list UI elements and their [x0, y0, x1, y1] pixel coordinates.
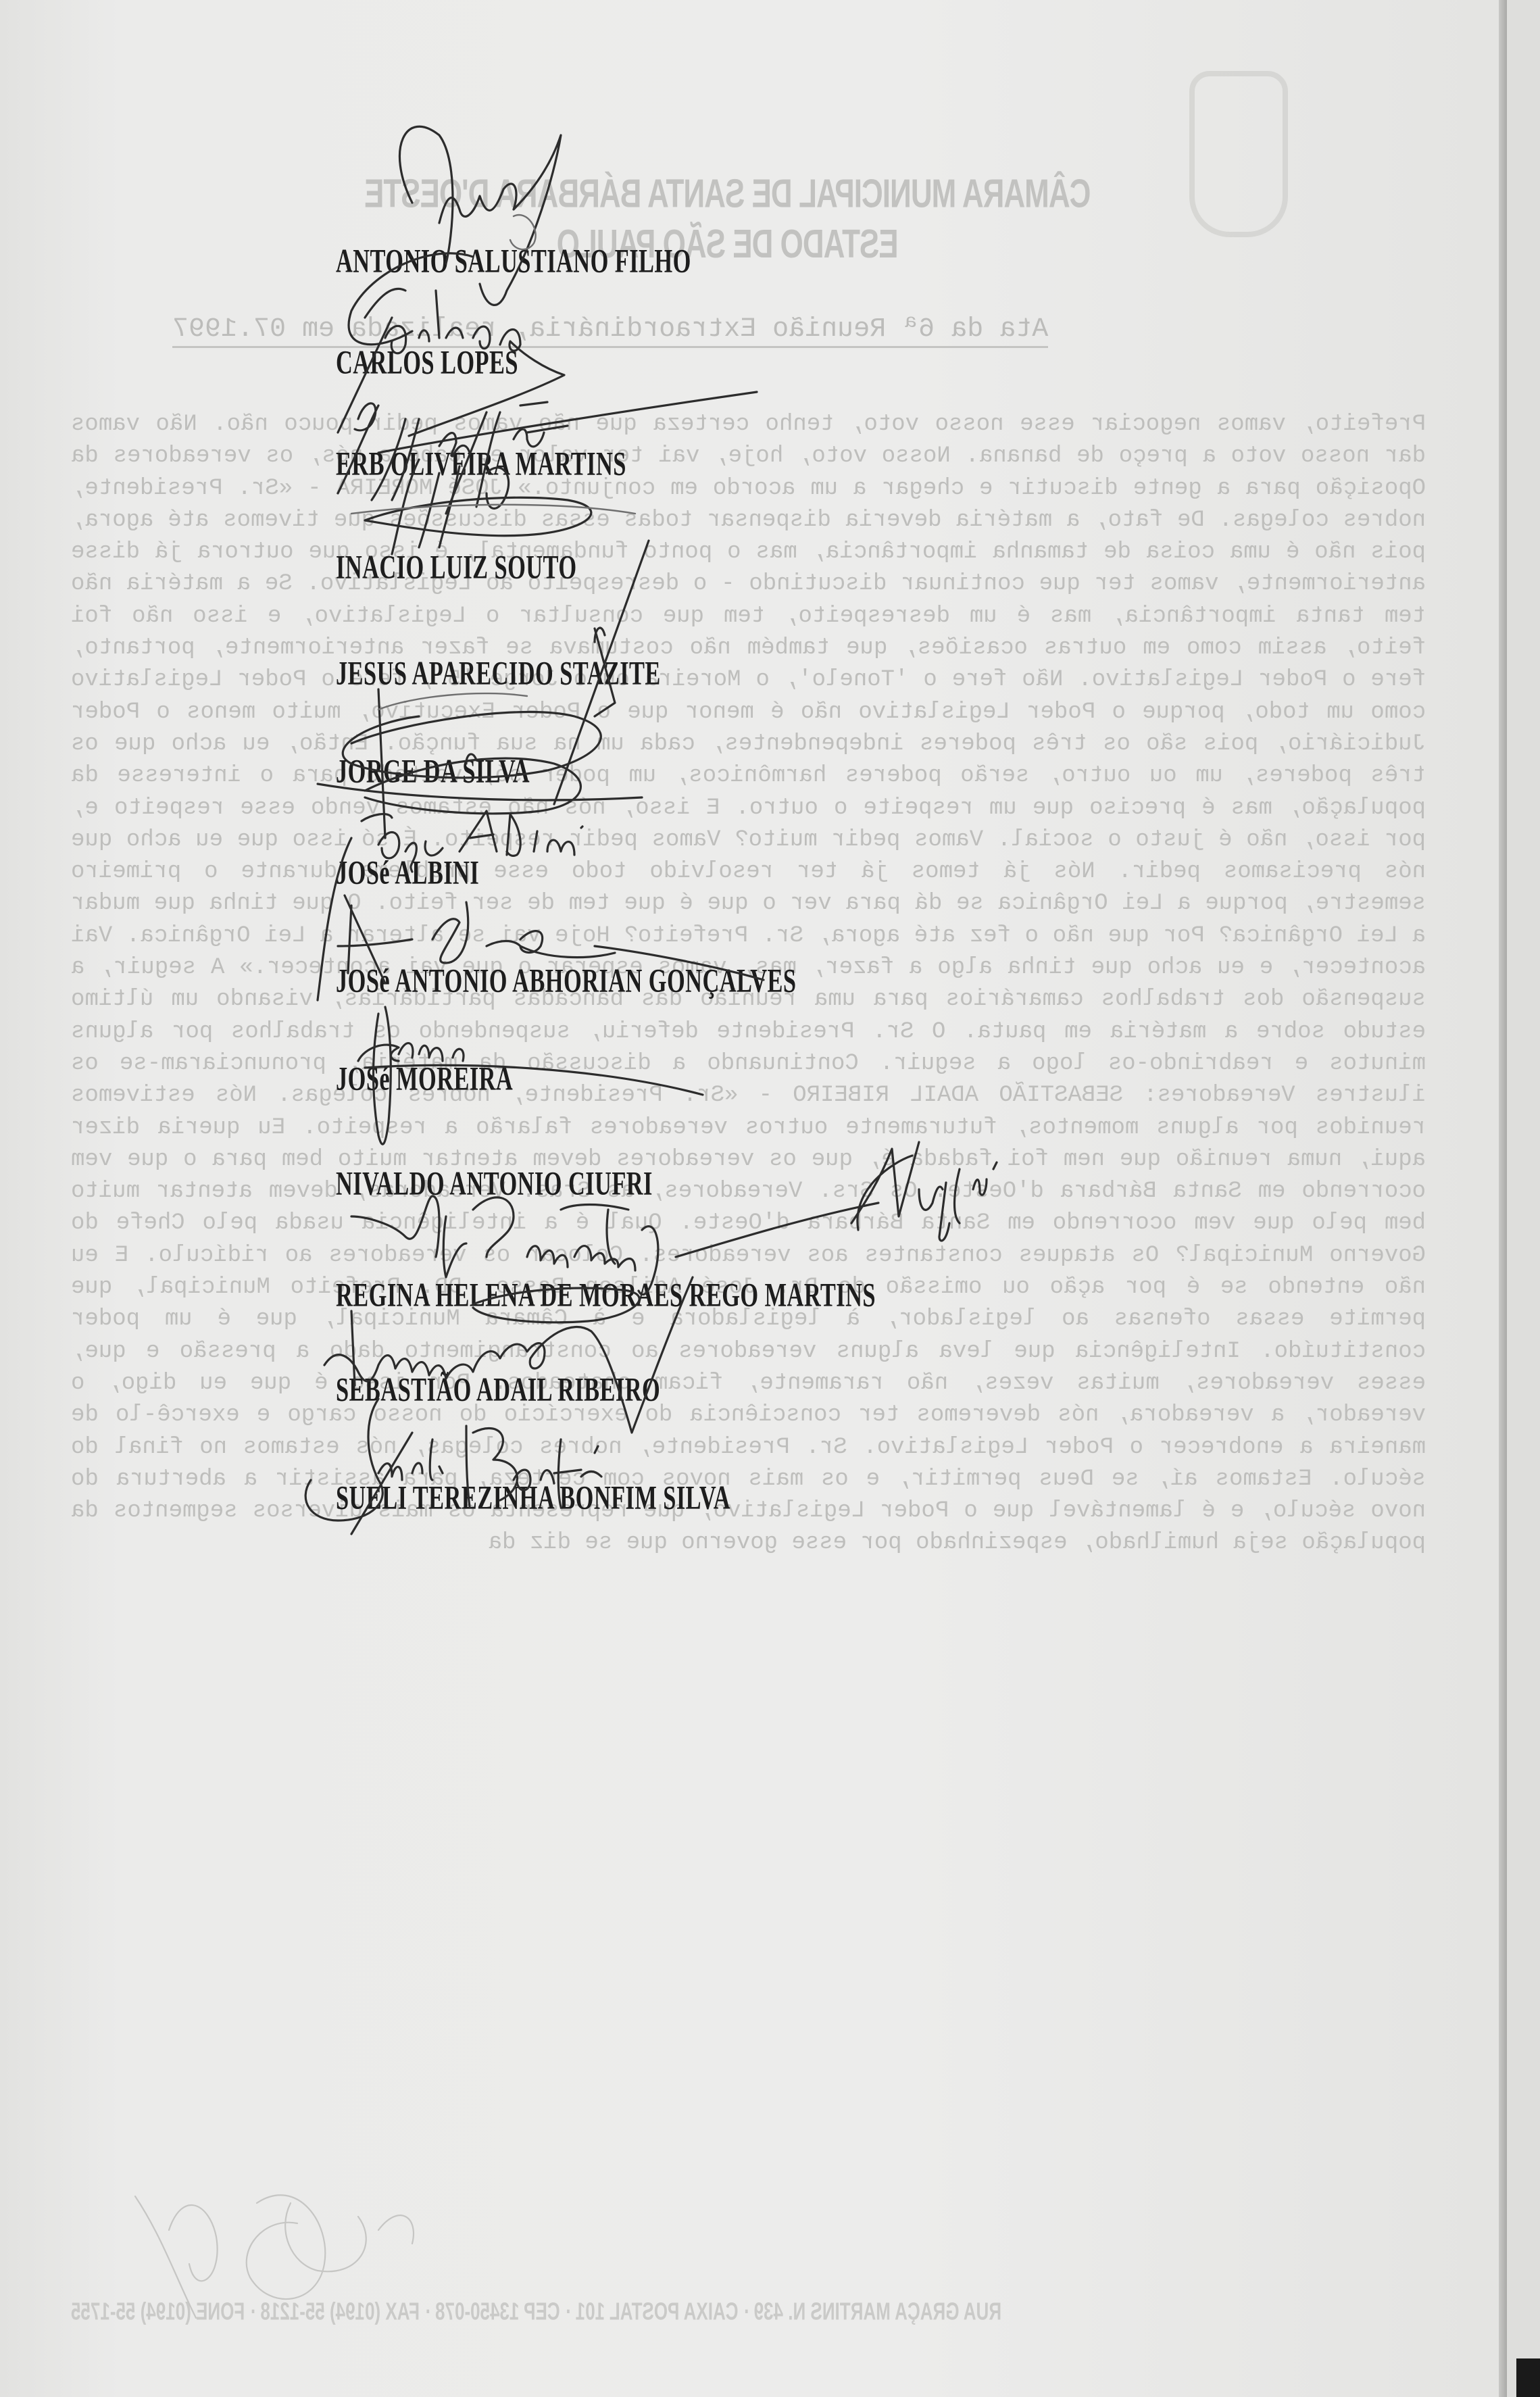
signatory-row: JESUS APARECIDO STAZITE [336, 657, 714, 689]
signatory-name: REGINA HELENA DE MORAES REGO MARTINS [336, 1275, 876, 1314]
signatory-name: ERB OLIVEIRA MARTINS [336, 443, 626, 483]
signatory-row: ANTONIO SALUSTIANO FILHO [336, 245, 749, 276]
signatory-name: JOSé ANTONIO ABHORIAN GONÇALVES [336, 960, 796, 1000]
signatory-name: JOSé MOREIRA [336, 1058, 513, 1098]
signatory-name: SUELI TEREZINHA BONFIM SILVA [336, 1477, 730, 1517]
signatory-row: INACIO LUIZ SOUTO [336, 551, 616, 583]
signatory-name: CARLOS LOPES [336, 342, 518, 382]
signatory-name: ANTONIO SALUSTIANO FILHO [336, 241, 691, 280]
signatory-row: REGINA HELENA DE MORAES REGO MARTINS [336, 1279, 964, 1310]
signatory-row: CARLOS LOPES [336, 346, 548, 378]
signatory-name: INACIO LUIZ SOUTO [336, 547, 577, 587]
page-edge-shadow [1499, 0, 1507, 2397]
signatory-row: SEBASTIÃO ADAIL RIBEIRO [336, 1373, 713, 1405]
signatory-row: JOSé ALBINI [336, 856, 503, 888]
signatory-name: JESUS APARECIDO STAZITE [336, 653, 661, 693]
signatory-row: SUELI TEREZINHA BONFIM SILVA [336, 1481, 795, 1513]
signatory-row: NIVALDO ANTONIO CIUFRI [336, 1167, 704, 1199]
signatory-row: JOSé ANTONIO ABHORIAN GONÇALVES [336, 964, 871, 996]
signatory-row: ERB OLIVEIRA MARTINS [336, 447, 674, 479]
document-page [0, 0, 1499, 2397]
signatory-name: NIVALDO ANTONIO CIUFRI [336, 1163, 653, 1203]
signatory-row: JOSé MOREIRA [336, 1062, 542, 1094]
scanner-corner [1516, 2358, 1540, 2397]
signatory-name: JORGE DA SILVA [336, 751, 530, 791]
signatory-name: JOSé ALBINI [336, 852, 479, 892]
scanner-bed-edge [1507, 0, 1540, 2397]
signatory-row: JORGE DA SILVA [336, 755, 562, 787]
signatory-name: SEBASTIÃO ADAIL RIBEIRO [336, 1369, 660, 1409]
